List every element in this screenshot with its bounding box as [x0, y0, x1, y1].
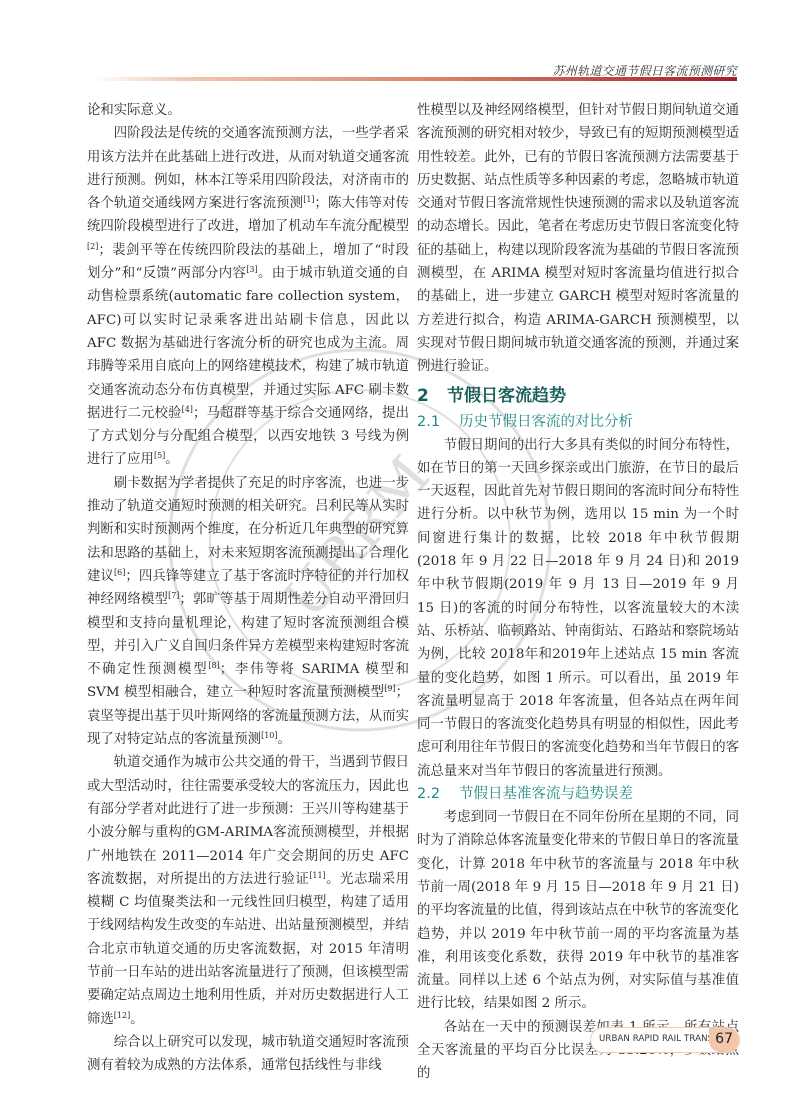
citation-ref: [6]: [114, 568, 125, 577]
paragraph: 轨道交通作为城市公共交通的骨干，当遇到节假日或大型活动时，往往需要承受较大的客流…: [87, 751, 409, 1031]
text-run: 刷卡数据为学者提供了充足的时序客流，也进一步推动了轨道交通短时预测的相关研究。吕…: [87, 476, 409, 584]
citation-ref: [1]: [303, 195, 314, 204]
text-run: 。: [278, 732, 291, 747]
citation-ref: [7]: [168, 591, 179, 600]
paragraph: 考虑到同一节假日在不同年份所在星期的不同，同时为了消除总体客流量变化带来的节假日…: [417, 806, 739, 1016]
text-run: 。: [130, 1012, 143, 1027]
text-run: 。: [165, 452, 178, 467]
citation-ref: [10]: [261, 731, 277, 740]
intro-paragraph-continued: 性模型以及神经网络模型，但针对节假日期间轨道交通客流预测的研究相对较少，导致已有…: [417, 99, 739, 379]
citation-ref: [11]: [309, 871, 325, 880]
paragraph: 四阶段法是传统的交通客流预测方法，一些学者采用该方法并在此基础上进行改进，从而对…: [87, 122, 409, 471]
section-heading: 2节假日客流趋势: [417, 383, 739, 409]
citation-ref: [3]: [246, 265, 257, 274]
text-run: 轨道交通作为城市公共交通的骨干，当遇到节假日或大型活动时，往往需要承受较大的客流…: [87, 755, 409, 886]
subsection-heading-2-2: 2.2节假日基准客流与趋势误差: [417, 783, 739, 806]
subsection-heading-2-1: 2.1历史节假日客流的对比分析: [417, 411, 739, 434]
citation-ref: [5]: [154, 451, 165, 460]
citation-ref: [8]: [208, 661, 219, 670]
footer-journal-badge: URBAN RAPID RAIL TRANSIT 67: [590, 1027, 740, 1053]
header-divider-bar: [90, 77, 737, 81]
paragraph: 论和实际意义。: [87, 99, 409, 122]
text-run: 。由于城市轨道交通的自动售检票系统(automatic fare collect…: [87, 266, 409, 421]
left-column: 论和实际意义。四阶段法是传统的交通客流预测方法，一些学者采用该方法并在此基础上进…: [87, 99, 409, 1077]
citation-ref: [4]: [182, 405, 193, 414]
paragraph: 节假日期间的出行大多具有类似的时间分布特性，如在节日的第一天回乡探亲或出门旅游，…: [417, 434, 739, 783]
subsection-title: 历史节假日客流的对比分析: [459, 414, 633, 430]
subsection-number: 2.2: [417, 783, 459, 806]
citation-ref: [2]: [87, 242, 98, 251]
subsection-number: 2.1: [417, 411, 459, 434]
right-column: 性模型以及神经网络模型，但针对节假日期间轨道交通客流预测的研究相对较少，导致已有…: [417, 99, 739, 1086]
paragraph: 刷卡数据为学者提供了充足的时序客流，也进一步推动了轨道交通短时预测的相关研究。吕…: [87, 472, 409, 752]
section-title: 节假日客流趋势: [447, 386, 566, 406]
text-run: 论和实际意义。: [87, 103, 181, 118]
section-number: 2: [417, 383, 447, 409]
subsection-title: 节假日基准客流与趋势误差: [459, 786, 633, 802]
journal-name: URBAN RAPID RAIL TRANSIT: [599, 1034, 721, 1044]
paragraph: 综合以上研究可以发现，城市轨道交通短时客流预测有着较为成熟的方法体系，通常包括线…: [87, 1031, 409, 1078]
citation-ref: [12]: [114, 1011, 130, 1020]
text-run: 综合以上研究可以发现，城市轨道交通短时客流预测有着较为成熟的方法体系，通常包括线…: [87, 1035, 409, 1073]
text-run: 。光志瑞采用模糊 C 均值聚类法和一元线性回归模型，构建了适用于线网结构发生改变…: [87, 872, 409, 1027]
citation-ref: [9]: [384, 684, 395, 693]
page-number: 67: [715, 1031, 733, 1047]
